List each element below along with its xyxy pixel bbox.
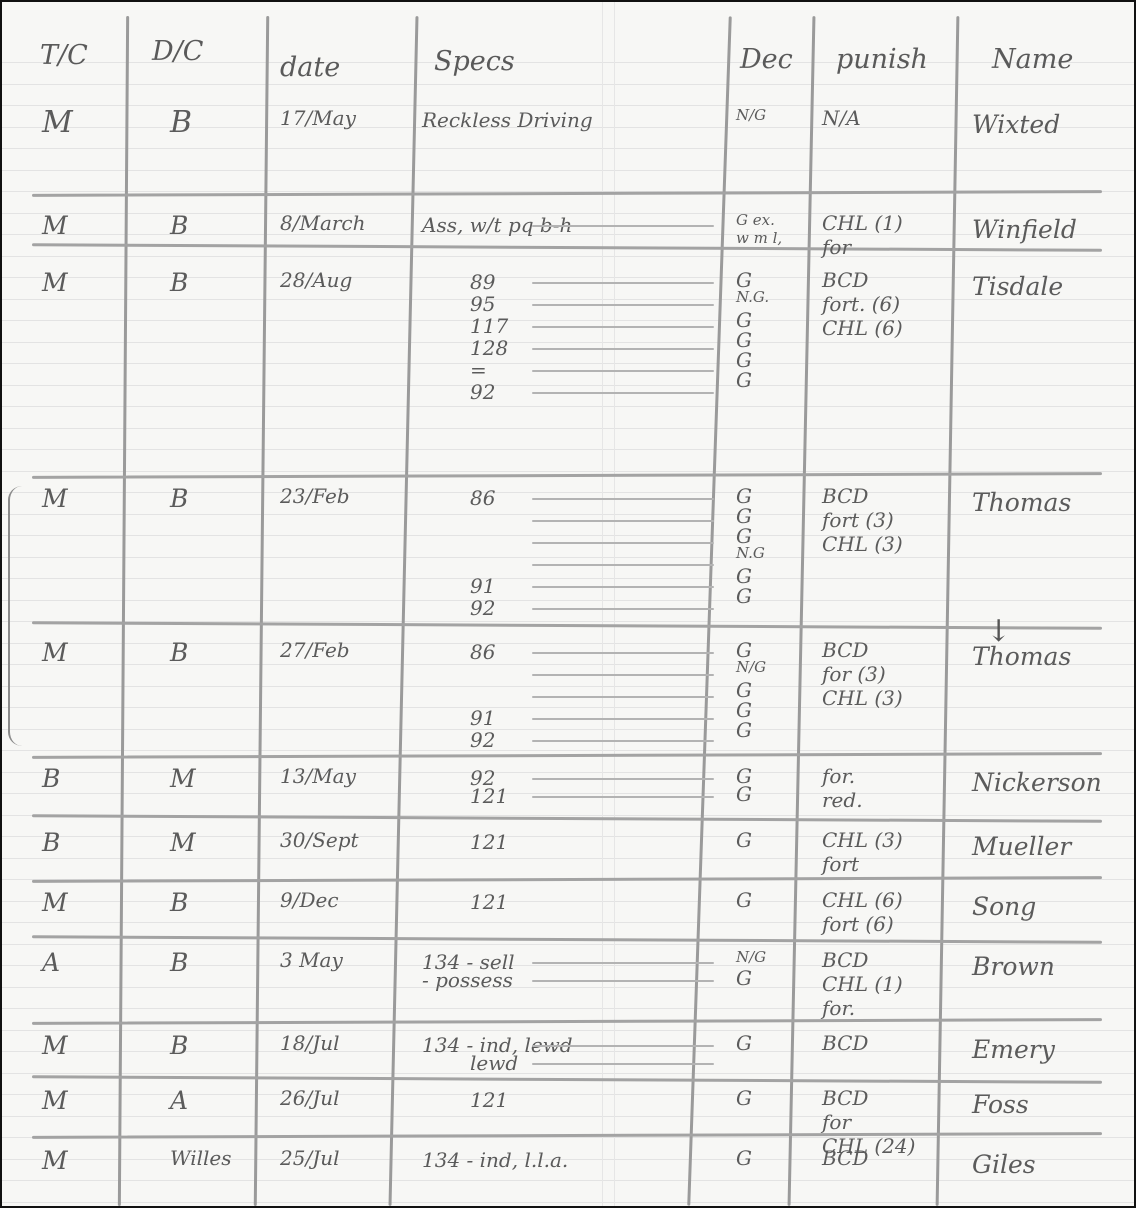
- punishment-item: BCD: [822, 640, 868, 660]
- date-cell: 13/May: [280, 766, 356, 786]
- paper-rule: [2, 1180, 1134, 1181]
- header-dec: Dec: [740, 46, 793, 73]
- column-divider: [936, 16, 960, 1206]
- date-cell: 26/Jul: [280, 1088, 339, 1108]
- paper-rule: [2, 1073, 1134, 1074]
- punishment-item: CHL (6): [822, 890, 903, 910]
- spec-item: 95: [470, 294, 495, 314]
- paper-rule: [2, 535, 1134, 536]
- dc-cell: B: [170, 270, 188, 295]
- bracket-annotation: [8, 486, 24, 746]
- paper-rule: [2, 406, 1134, 407]
- decision-item: N/G: [736, 108, 766, 123]
- dc-cell: M: [170, 830, 196, 855]
- spec-item: 121: [470, 786, 508, 806]
- spec-item: 128: [470, 338, 508, 358]
- paper-rule: [2, 342, 1134, 343]
- tc-cell: M: [42, 108, 73, 138]
- spec-item: 121: [470, 1090, 508, 1110]
- name-cell: Mueller: [972, 834, 1071, 859]
- arrow-down-icon: ↓: [986, 614, 1011, 649]
- spec-item: 121: [470, 832, 508, 852]
- date-cell: 23/Feb: [280, 486, 350, 506]
- decision-item: G: [736, 506, 752, 526]
- paper-rule: [2, 1116, 1134, 1117]
- paper-rule: [2, 578, 1134, 579]
- spec-item: 91: [470, 708, 495, 728]
- paper-rule: [2, 170, 1134, 171]
- row-divider: [32, 621, 1102, 630]
- punishment-item: BCD: [822, 1033, 868, 1053]
- header-punish: punish: [836, 46, 928, 73]
- punishment-item: fort: [822, 854, 859, 874]
- punishment-item: fort (6): [822, 914, 894, 934]
- header-dc: D/C: [152, 38, 203, 65]
- punishment-item: red.: [822, 790, 863, 810]
- tc-cell: M: [42, 1148, 68, 1173]
- row-divider: [32, 243, 1102, 252]
- date-cell: 9/Dec: [280, 890, 339, 910]
- name-cell: Song: [972, 894, 1036, 919]
- paper-rule: [2, 729, 1134, 730]
- name-cell: Winfield: [972, 217, 1077, 242]
- name-cell: Emery: [972, 1037, 1055, 1062]
- date-cell: 30/Sept: [280, 830, 359, 850]
- leader-line: [532, 282, 714, 284]
- dc-cell: Willes: [170, 1148, 232, 1168]
- spec-item: Reckless Driving: [422, 110, 593, 130]
- dc-cell: B: [170, 213, 188, 238]
- leader-line: [532, 778, 714, 780]
- name-cell: Giles: [972, 1152, 1036, 1177]
- spec-item: 134 - ind, l.l.a.: [422, 1150, 568, 1170]
- paper-rule: [2, 256, 1134, 257]
- punishment-item: CHL (1): [822, 974, 903, 994]
- paper-rule: [2, 944, 1134, 945]
- paper-rule: [2, 750, 1134, 751]
- paper-rule: [2, 514, 1134, 515]
- leader-line: [532, 498, 714, 500]
- tc-cell: M: [42, 213, 68, 238]
- dc-cell: B: [170, 486, 188, 511]
- paper-rule: [2, 707, 1134, 708]
- punishment-item: CHL (6): [822, 318, 903, 338]
- spec-item: 121: [470, 892, 508, 912]
- decision-item: N.G.: [736, 290, 769, 305]
- decision-item: G: [736, 270, 752, 290]
- paper-rule: [2, 858, 1134, 859]
- decision-item: N/G: [736, 950, 766, 965]
- punishment-item: CHL (3): [822, 534, 903, 554]
- date-cell: 18/Jul: [280, 1033, 339, 1053]
- name-cell: Foss: [972, 1092, 1029, 1117]
- punishment-item: BCD: [822, 270, 868, 290]
- row-divider: [32, 472, 1102, 479]
- paper-rule: [2, 1008, 1134, 1009]
- dc-cell: B: [170, 890, 188, 915]
- header-date: date: [280, 54, 340, 81]
- leader-line: [532, 740, 714, 742]
- paper-rule: [2, 84, 1134, 85]
- leader-line: [532, 542, 714, 544]
- row-divider: [32, 1075, 1102, 1084]
- dc-cell: M: [170, 766, 196, 791]
- paper-rule: [2, 299, 1134, 300]
- decision-item: G: [736, 1148, 752, 1168]
- leader-line: [532, 608, 714, 610]
- decision-item: w m l,: [736, 231, 782, 246]
- decision-item: G ex.: [736, 213, 775, 228]
- decision-item: G: [736, 1033, 752, 1053]
- paper-rule: [2, 987, 1134, 988]
- spec-item: 92: [470, 382, 495, 402]
- leader-line: [532, 674, 714, 676]
- paper-rule: [2, 600, 1134, 601]
- column-divider: [788, 16, 816, 1206]
- dc-cell: B: [170, 640, 188, 665]
- decision-item: G: [736, 566, 752, 586]
- paper-rule: [2, 557, 1134, 558]
- punishment-item: BCD: [822, 486, 868, 506]
- name-cell: Tisdale: [972, 274, 1063, 299]
- leader-line: [532, 225, 714, 227]
- dc-cell: A: [170, 1088, 188, 1113]
- punishment-item: CHL (3): [822, 830, 903, 850]
- punishment-item: for: [822, 237, 851, 257]
- punishment-item: CHL (1): [822, 213, 903, 233]
- paper-margin-line: [602, 2, 603, 1206]
- leader-line: [532, 348, 714, 350]
- leader-line: [532, 1063, 714, 1065]
- decision-item: N.G: [736, 546, 765, 561]
- spec-item: lewd: [470, 1053, 518, 1073]
- tc-cell: M: [42, 486, 68, 511]
- tc-cell: M: [42, 270, 68, 295]
- punishment-item: N/A: [822, 108, 861, 128]
- decision-item: G: [736, 830, 752, 850]
- decision-item: G: [736, 700, 752, 720]
- leader-line: [532, 586, 714, 588]
- punishment-item: fort. (6): [822, 294, 900, 314]
- paper-rule: [2, 320, 1134, 321]
- leader-line: [532, 652, 714, 654]
- column-divider: [687, 16, 732, 1205]
- leader-line: [532, 326, 714, 328]
- date-cell: 27/Feb: [280, 640, 350, 660]
- tc-cell: B: [42, 766, 60, 791]
- decision-item: G: [736, 310, 752, 330]
- ledger-page: T/C D/C date Specs Dec punish Name MB17/…: [0, 0, 1136, 1208]
- paper-rule: [2, 363, 1134, 364]
- punishment-item: BCD: [822, 1088, 868, 1108]
- decision-item: G: [736, 486, 752, 506]
- decision-item: G: [736, 720, 752, 740]
- decision-item: G: [736, 350, 752, 370]
- name-cell: Brown: [972, 954, 1055, 979]
- leader-line: [532, 1045, 714, 1047]
- date-cell: 3 May: [280, 950, 343, 970]
- punishment-item: for: [822, 1112, 851, 1132]
- name-cell: Nickerson: [972, 770, 1102, 795]
- header-tc: T/C: [40, 42, 88, 69]
- decision-item: G: [736, 680, 752, 700]
- decision-item: G: [736, 640, 752, 660]
- leader-line: [532, 696, 714, 698]
- header-name: Name: [992, 46, 1073, 73]
- spec-item: 117: [470, 316, 508, 336]
- tc-cell: A: [42, 950, 60, 975]
- spec-item: - possess: [422, 970, 513, 990]
- tc-cell: B: [42, 830, 60, 855]
- dc-cell: B: [170, 108, 192, 138]
- paper-rule: [2, 428, 1134, 429]
- punishment-item: BCD: [822, 1148, 868, 1168]
- punishment-item: for (3): [822, 664, 886, 684]
- leader-line: [532, 520, 714, 522]
- leader-line: [532, 370, 714, 372]
- leader-line: [532, 796, 714, 798]
- leader-line: [532, 718, 714, 720]
- spec-item: 92: [470, 598, 495, 618]
- tc-cell: M: [42, 640, 68, 665]
- decision-item: G: [736, 330, 752, 350]
- punishment-item: BCD: [822, 950, 868, 970]
- paper-rule: [2, 385, 1134, 386]
- spec-item: =: [470, 360, 487, 380]
- decision-item: G: [736, 586, 752, 606]
- decision-item: N/G: [736, 660, 766, 675]
- leader-line: [532, 980, 714, 982]
- date-cell: 17/May: [280, 108, 356, 128]
- decision-item: G: [736, 370, 752, 390]
- dc-cell: B: [170, 1033, 188, 1058]
- paper-rule: [2, 148, 1134, 149]
- date-cell: 25/Jul: [280, 1148, 339, 1168]
- spec-item: 89: [470, 272, 495, 292]
- paper-rule: [2, 922, 1134, 923]
- tc-cell: M: [42, 1033, 68, 1058]
- paper-rule: [2, 449, 1134, 450]
- row-divider: [32, 752, 1102, 759]
- punishment-item: fort (3): [822, 510, 894, 530]
- decision-item: G: [736, 784, 752, 804]
- tc-cell: M: [42, 890, 68, 915]
- leader-line: [532, 564, 714, 566]
- paper-rule: [2, 471, 1134, 472]
- paper-margin-line: [614, 2, 615, 1206]
- decision-item: G: [736, 890, 752, 910]
- name-cell: Wixted: [972, 112, 1060, 137]
- spec-item: 92: [470, 730, 495, 750]
- leader-line: [532, 392, 714, 394]
- paper-rule: [2, 1202, 1134, 1203]
- paper-rule: [2, 793, 1134, 794]
- tc-cell: M: [42, 1088, 68, 1113]
- decision-item: G: [736, 526, 752, 546]
- dc-cell: B: [170, 950, 188, 975]
- date-cell: 28/Aug: [280, 270, 352, 290]
- punishment-item: for.: [822, 766, 855, 786]
- date-cell: 8/March: [280, 213, 366, 233]
- spec-item: 86: [470, 488, 495, 508]
- spec-item: 91: [470, 576, 495, 596]
- leader-line: [532, 962, 714, 964]
- punishment-item: CHL (3): [822, 688, 903, 708]
- name-cell: Thomas: [972, 490, 1071, 515]
- leader-line: [532, 304, 714, 306]
- spec-item: 86: [470, 642, 495, 662]
- paper-rule: [2, 686, 1134, 687]
- punishment-item: for.: [822, 998, 855, 1018]
- decision-item: G: [736, 1088, 752, 1108]
- decision-item: G: [736, 968, 752, 988]
- header-specs: Specs: [434, 48, 515, 75]
